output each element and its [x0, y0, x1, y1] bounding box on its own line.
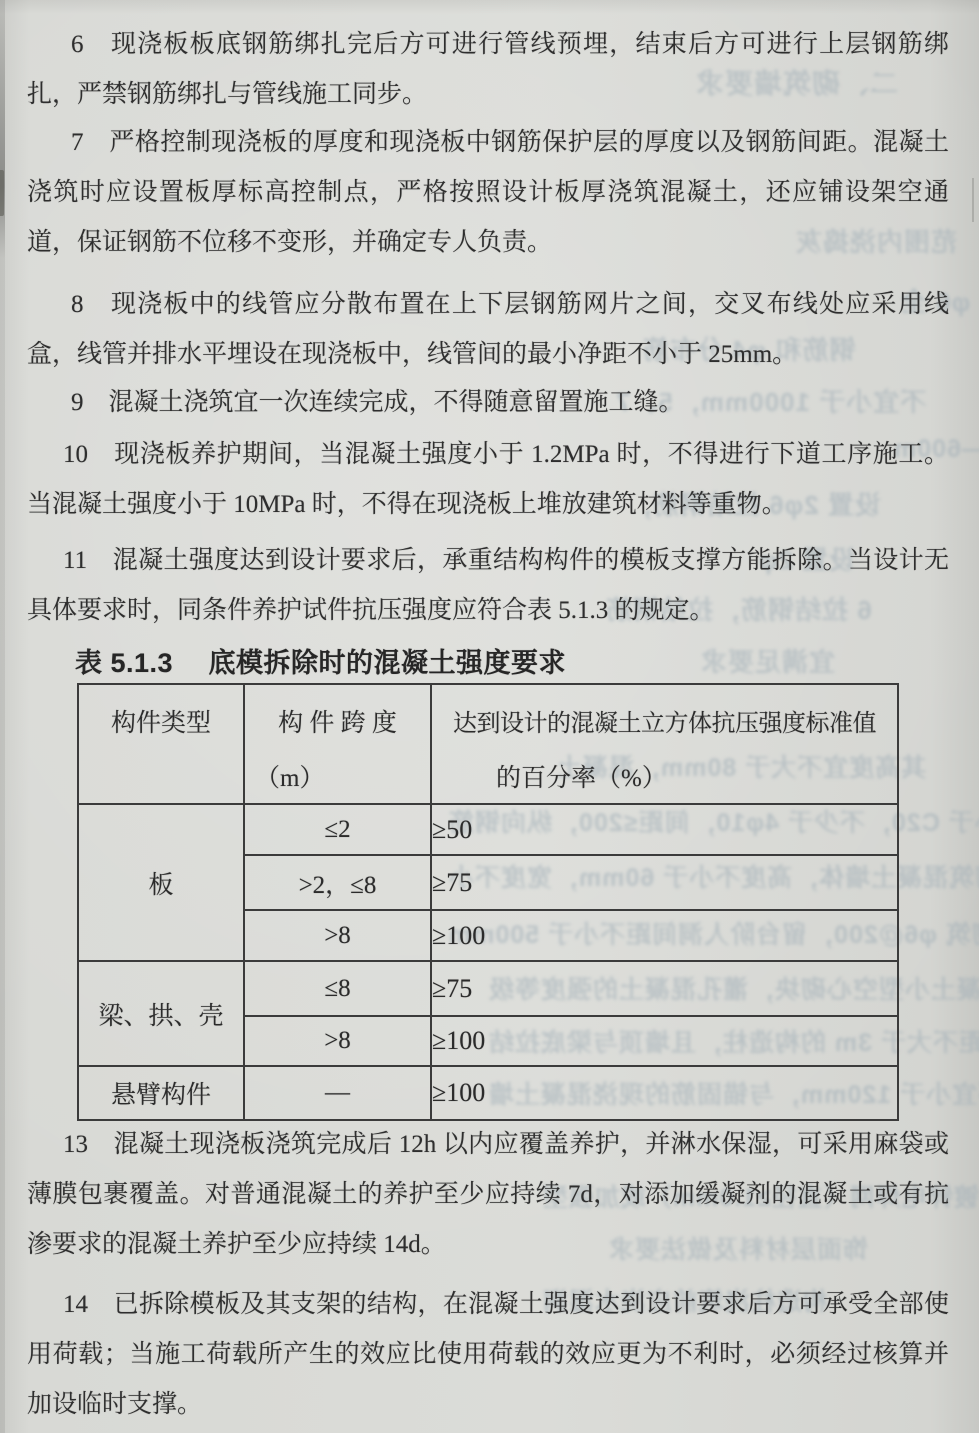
table-cell-span: >8 [244, 1016, 431, 1066]
table-cell-value: ≥75 [431, 961, 898, 1016]
table-cell-value: ≥100 [431, 1066, 898, 1120]
table-header-component-span: 构 件 跨 度 （m） [244, 684, 431, 804]
paragraph-item-13: 13 混凝土现浇板浇筑完成后 12h 以内应覆盖养护，并淋水保湿，可采用麻袋或薄… [27, 1120, 949, 1270]
table-cell-value: ≥100 [431, 910, 898, 961]
table-header-strength-percent: 达到设计的混凝土立方体抗压强度标准值 的百分率（%） [431, 684, 898, 804]
paragraph-item-7: 7 严格控制现浇板的厚度和现浇板中钢筋保护层的厚度以及钢筋间距。混凝土浇筑时应设… [27, 118, 949, 268]
table-cell-value: ≥100 [431, 1016, 898, 1066]
table-cell-span: >8 [244, 910, 431, 961]
scanned-document-page: 二、砌筑墙要求范围内浇捣灰φ6 全钢筋和 φ4 分布筋不宜小于 1000mm，5… [0, 0, 979, 1433]
table-cell-span: ≤8 [244, 961, 431, 1016]
table-row: 板 ≤2 ≥50 [78, 804, 898, 855]
table-cell-group-beam-arch-shell: 梁、拱、壳 [78, 961, 244, 1066]
paragraph-item-10: 10 现浇板养护期间，当混凝土强度小于 1.2MPa 时，不得进行下道工序施工。… [27, 430, 949, 530]
table-cell-value: ≥75 [431, 855, 898, 910]
table-cell-value: ≥50 [431, 804, 898, 855]
table-cell-group-slab: 板 [78, 804, 244, 961]
table-header-component-type: 构件类型 [78, 684, 244, 804]
paragraph-item-9: 9 混凝土浇筑宜一次连续完成，不得随意留置施工缝。 [27, 378, 949, 428]
table-cell-span: — [244, 1066, 431, 1120]
scan-edge-artifact [0, 170, 4, 216]
table-cell-span: >2，≤8 [244, 855, 431, 910]
table-cell-span: ≤2 [244, 804, 431, 855]
printed-text-layer: 6 现浇板板底钢筋绑扎完后方可进行管线预埋，结束后方可进行上层钢筋绑扎，严禁钢筋… [0, 0, 979, 1433]
table-title: 表 5.1.3 底模拆除时的混凝土强度要求 [75, 638, 935, 688]
paragraph-item-8: 8 现浇板中的线管应分散布置在上下层钢筋网片之间，交叉布线处应采用线盒，线管并排… [27, 280, 949, 380]
table-row: 梁、拱、壳 ≤8 ≥75 [78, 961, 898, 1016]
header-line: 构件类型 [79, 693, 243, 748]
table-cell-group-cantilever: 悬臂构件 [78, 1066, 244, 1120]
paragraph-item-11: 11 混凝土强度达到设计要求后，承重结构构件的模板支撑方能拆除。当设计无具体要求… [27, 536, 949, 636]
paragraph-item-6: 6 现浇板板底钢筋绑扎完后方可进行管线预埋，结束后方可进行上层钢筋绑扎，严禁钢筋… [27, 20, 949, 120]
paragraph-item-14: 14 已拆除模板及其支架的结构，在混凝土强度达到设计要求后方可承受全部使用荷载；… [27, 1280, 949, 1430]
table-row: 悬臂构件 — ≥100 [78, 1066, 898, 1120]
header-line: 构 件 跨 度 [245, 693, 430, 748]
header-line: （m） [245, 748, 430, 803]
header-line: 的百分率（%） [432, 748, 897, 803]
concrete-strength-table: 构件类型 构 件 跨 度 （m） 达到设计的混凝土立方体抗压强度标准值 的百分率… [77, 683, 899, 1121]
header-line: 达到设计的混凝土立方体抗压强度标准值 [432, 693, 897, 748]
